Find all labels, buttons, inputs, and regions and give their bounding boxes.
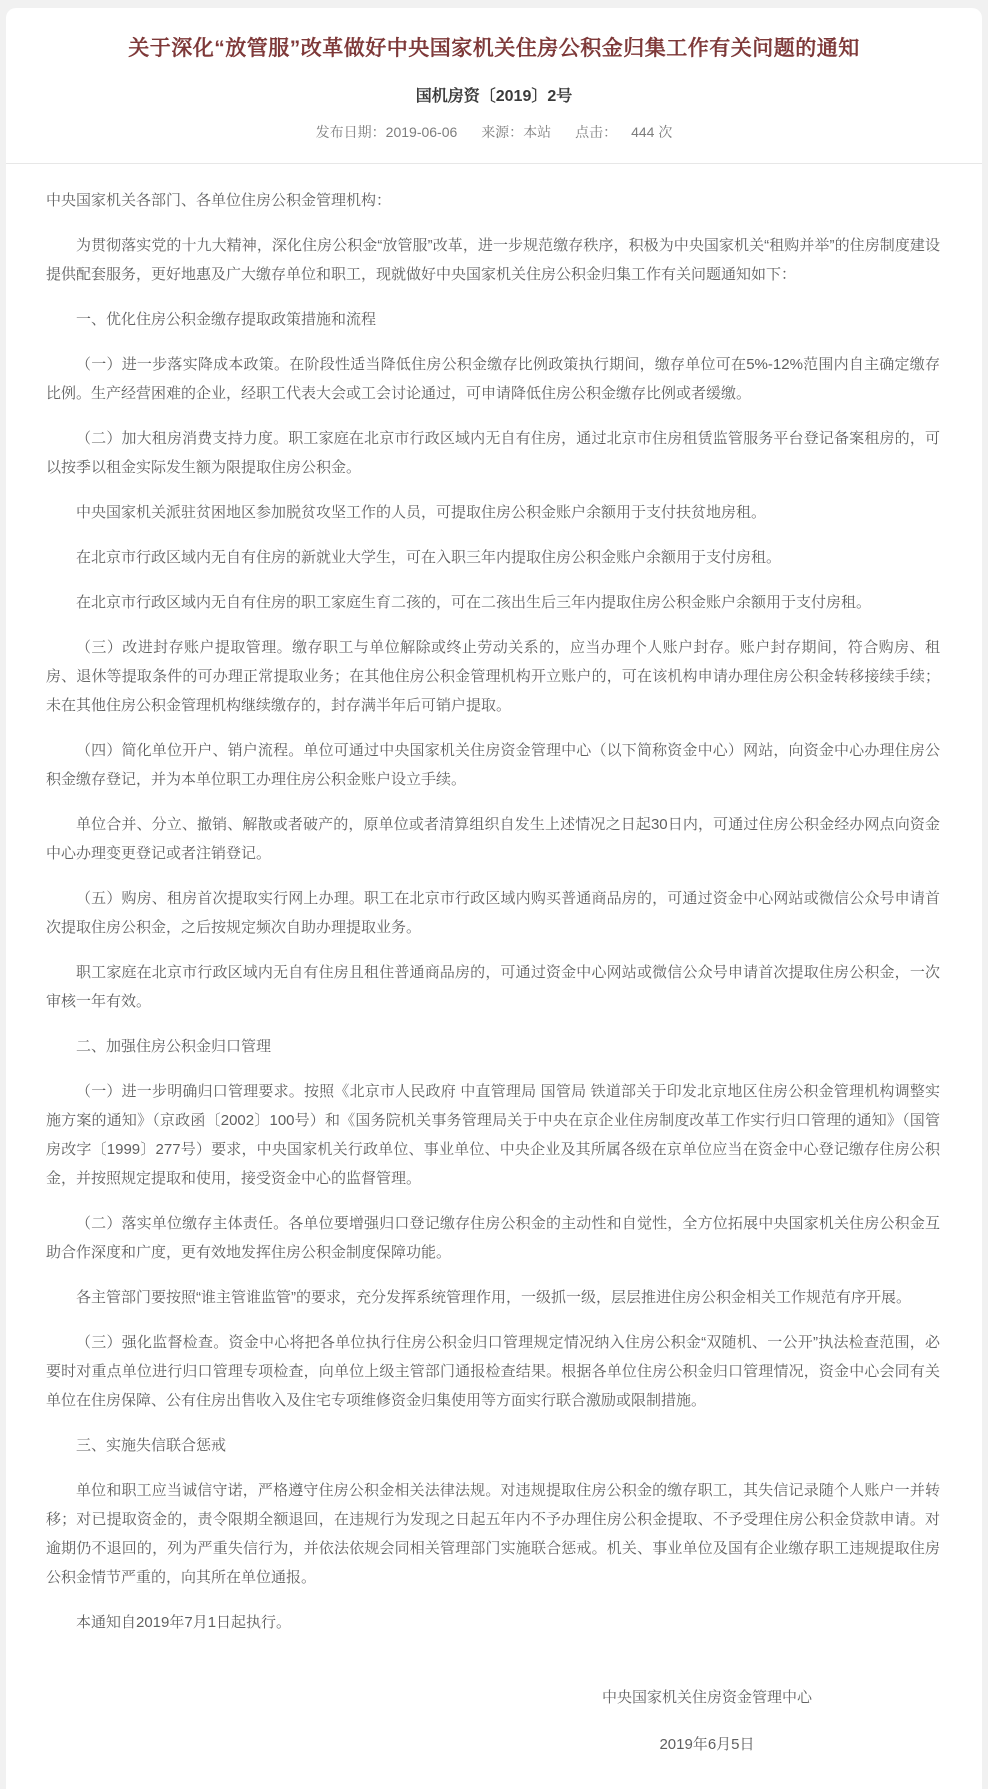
document-body: 中央国家机关各部门、各单位住房公积金管理机构： 为贯彻落实党的十九大精神，深化住… bbox=[6, 164, 982, 1783]
body-paragraph: 中央国家机关派驻贫困地区参加脱贫攻坚工作的人员，可提取住房公积金账户余额用于支付… bbox=[46, 498, 940, 527]
signature-date: 2019年6月5日 bbox=[602, 1730, 812, 1759]
body-paragraph: （三）改进封存账户提取管理。缴存职工与单位解除或终止劳动关系的，应当办理个人账户… bbox=[46, 633, 940, 720]
body-paragraph: （四）简化单位开户、销户流程。单位可通过中央国家机关住房资金管理中心（以下简称资… bbox=[46, 736, 940, 794]
body-paragraph: （三）强化监督检查。资金中心将把各单位执行住房公积金归口管理规定情况纳入住房公积… bbox=[46, 1328, 940, 1415]
body-paragraph: 各主管部门要按照“谁主管谁监管”的要求，充分发挥系统管理作用，一级抓一级，层层推… bbox=[46, 1283, 940, 1312]
publish-date-value: 2019-06-06 bbox=[386, 124, 458, 140]
body-paragraph: 为贯彻落实党的十九大精神，深化住房公积金“放管服”改革，进一步规范缴存秩序，积极… bbox=[46, 231, 940, 289]
body-paragraph: （一）进一步明确归口管理要求。按照《北京市人民政府 中直管理局 国管局 铁道部关… bbox=[46, 1077, 940, 1193]
body-paragraph: 二、加强住房公积金归口管理 bbox=[46, 1032, 940, 1061]
publish-date-label: 发布日期： bbox=[316, 124, 386, 140]
body-paragraph: 本通知自2019年7月1日起执行。 bbox=[46, 1608, 940, 1637]
body-paragraph: 在北京市行政区域内无自有住房的职工家庭生育二孩的，可在二孩出生后三年内提取住房公… bbox=[46, 588, 940, 617]
body-paragraph: 职工家庭在北京市行政区域内无自有住房且租住普通商品房的，可通过资金中心网站或微信… bbox=[46, 958, 940, 1016]
notice-page: 关于深化“放管服”改革做好中央国家机关住房公积金归集工作有关问题的通知 国机房资… bbox=[0, 0, 988, 1789]
body-paragraph: （五）购房、租房首次提取实行网上办理。职工在北京市行政区域内购买普通商品房的，可… bbox=[46, 884, 940, 942]
body-paragraph: 在北京市行政区域内无自有住房的新就业大学生，可在入职三年内提取住房公积金账户余额… bbox=[46, 543, 940, 572]
source: 来源：本站 bbox=[481, 124, 551, 140]
body-paragraph: 三、实施失信联合惩戒 bbox=[46, 1431, 940, 1460]
document-meta: 发布日期：2019-06-06 来源：本站 点击：444 次 bbox=[6, 122, 982, 142]
document-card: 关于深化“放管服”改革做好中央国家机关住房公积金归集工作有关问题的通知 国机房资… bbox=[6, 8, 982, 1789]
page-title: 关于深化“放管服”改革做好中央国家机关住房公积金归集工作有关问题的通知 bbox=[50, 36, 938, 62]
hits: 点击：444 次 bbox=[575, 124, 672, 140]
paragraph-list: 为贯彻落实党的十九大精神，深化住房公积金“放管服”改革，进一步规范缴存秩序，积极… bbox=[46, 231, 940, 1637]
signature-block: 中央国家机关住房资金管理中心 2019年6月5日 bbox=[602, 1683, 812, 1783]
body-paragraph: （一）进一步落实降成本政策。在阶段性适当降低住房公积金缴存比例政策执行期间，缴存… bbox=[46, 350, 940, 408]
body-paragraph: （二）加大租房消费支持力度。职工家庭在北京市行政区域内无自有住房，通过北京市住房… bbox=[46, 424, 940, 482]
hits-label: 点击： bbox=[575, 124, 617, 140]
hits-value: 444 次 bbox=[631, 124, 672, 140]
body-paragraph: （二）落实单位缴存主体责任。各单位要增强归口登记缴存住房公积金的主动性和自觉性，… bbox=[46, 1209, 940, 1267]
body-paragraph: 单位合并、分立、撤销、解散或者破产的，原单位或者清算组织自发生上述情况之日起30… bbox=[46, 810, 940, 868]
salutation: 中央国家机关各部门、各单位住房公积金管理机构： bbox=[46, 186, 940, 215]
document-number: 国机房资〔2019〕2号 bbox=[6, 83, 982, 106]
publish-date: 发布日期：2019-06-06 bbox=[316, 124, 458, 140]
body-paragraph: 一、优化住房公积金缴存提取政策措施和流程 bbox=[46, 305, 940, 334]
body-paragraph: 单位和职工应当诚信守诺，严格遵守住房公积金相关法律法规。对违规提取住房公积金的缴… bbox=[46, 1476, 940, 1592]
signature-org: 中央国家机关住房资金管理中心 bbox=[602, 1683, 812, 1712]
source-value: 本站 bbox=[523, 124, 551, 140]
source-label: 来源： bbox=[481, 124, 523, 140]
